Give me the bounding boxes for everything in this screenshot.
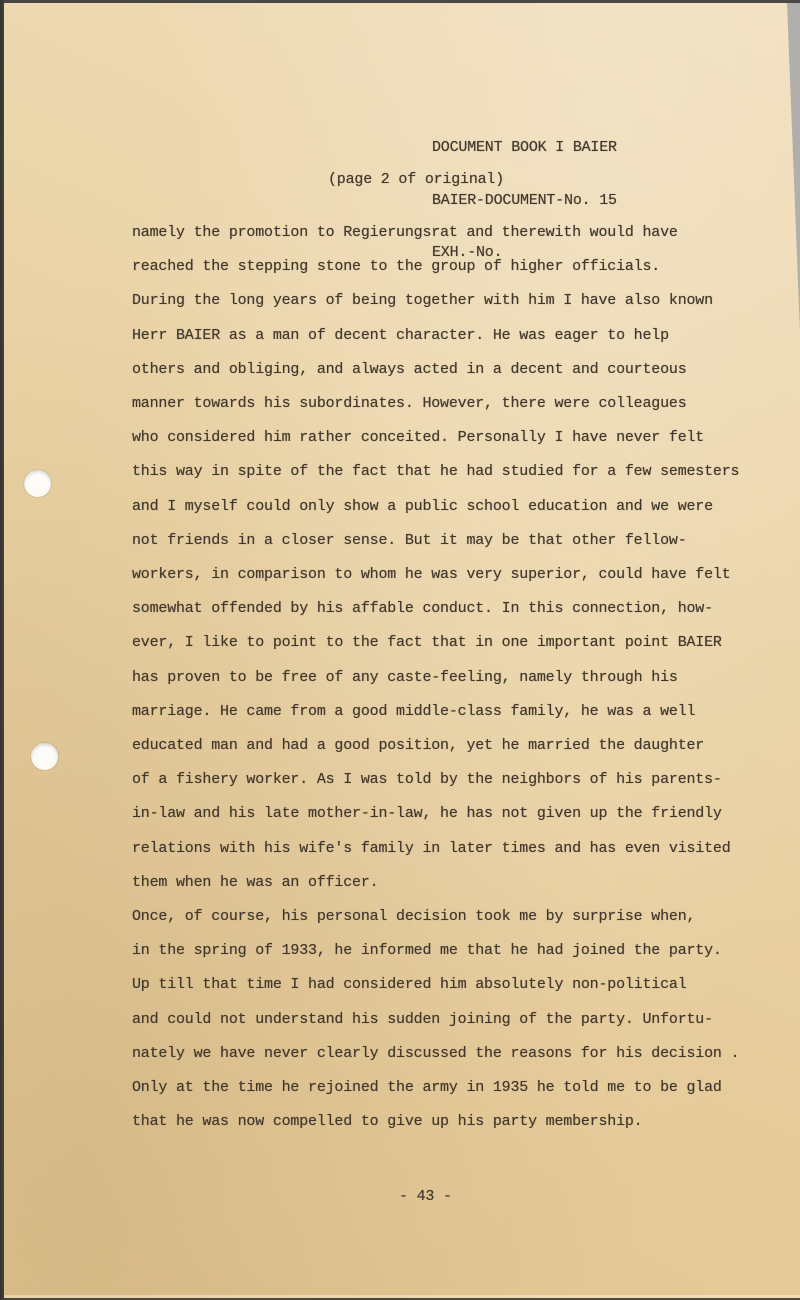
body-line: who considered him rather conceited. Per… — [132, 421, 739, 455]
body-line: that he was now compelled to give up his… — [132, 1105, 739, 1139]
body-line: Herr BAIER as a man of decent character.… — [132, 319, 739, 353]
body-line: not friends in a closer sense. But it ma… — [132, 524, 739, 558]
body-line: relations with his wife's family in late… — [132, 832, 739, 866]
body-line: has proven to be free of any caste-feeli… — [132, 661, 739, 695]
body-line: Once, of course, his personal decision t… — [132, 900, 739, 934]
body-line: marriage. He came from a good middle-cla… — [132, 695, 739, 729]
body-line: of a fishery worker. As I was told by th… — [132, 763, 739, 797]
punch-hole-top — [24, 470, 51, 497]
body-line: educated man and had a good position, ye… — [132, 729, 739, 763]
body-line: and I myself could only show a public sc… — [132, 490, 739, 524]
body-line: reached the stepping stone to the group … — [132, 250, 739, 284]
body-line: Only at the time he rejoined the army in… — [132, 1071, 739, 1105]
document-page: DOCUMENT BOOK I BAIER BAIER-DOCUMENT-No.… — [4, 3, 800, 1298]
page-number: - 43 - — [399, 1188, 452, 1205]
body-line: ever, I like to point to the fact that i… — [132, 626, 739, 660]
body-line: During the long years of being together … — [132, 284, 739, 318]
body-line: in the spring of 1933, he informed me th… — [132, 934, 739, 968]
punch-hole-bottom — [31, 743, 58, 770]
body-line: somewhat offended by his affable conduct… — [132, 592, 739, 626]
body-line: them when he was an officer. — [132, 866, 739, 900]
body-line: in-law and his late mother-in-law, he ha… — [132, 797, 739, 831]
scanner-background-corner — [787, 3, 800, 333]
body-line: manner towards his subordinates. However… — [132, 387, 739, 421]
header-line-book: DOCUMENT BOOK I BAIER — [432, 139, 617, 157]
header-line-document-no: BAIER-DOCUMENT-No. 15 — [432, 192, 617, 210]
body-line: workers, in comparison to whom he was ve… — [132, 558, 739, 592]
body-line: others and obliging, and always acted in… — [132, 353, 739, 387]
body-line: nately we have never clearly discussed t… — [132, 1037, 739, 1071]
body-line: Up till that time I had considered him a… — [132, 968, 739, 1002]
body-line: this way in spite of the fact that he ha… — [132, 455, 739, 489]
scanned-document: DOCUMENT BOOK I BAIER BAIER-DOCUMENT-No.… — [0, 0, 800, 1300]
body-text: namely the promotion to Regierungsrat an… — [132, 216, 739, 1139]
page-subtitle: (page 2 of original) — [328, 171, 504, 188]
body-line: namely the promotion to Regierungsrat an… — [132, 216, 739, 250]
body-line: and could not understand his sudden join… — [132, 1003, 739, 1037]
